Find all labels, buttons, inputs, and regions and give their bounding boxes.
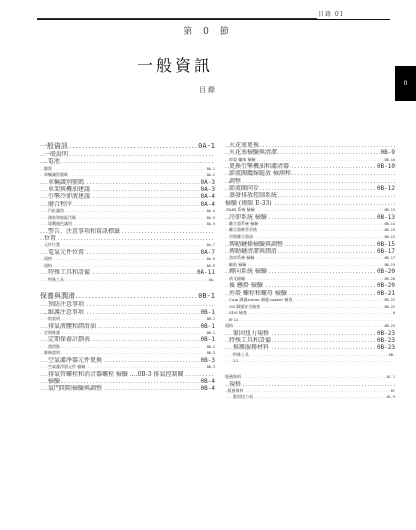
toc-entry[interactable]: ........................................…: [40, 151, 215, 158]
toc-entry[interactable]: ........................................…: [225, 297, 395, 304]
leader-dots: ........................................…: [40, 166, 215, 172]
toc-entry[interactable]: ........................................…: [225, 323, 395, 330]
toc-entry-title: ..維護注意事項: [44, 309, 85, 316]
toc-entry[interactable]: ........................................…: [225, 282, 395, 289]
toc-entry-page: 0A-9: [206, 256, 215, 262]
toc-entry-title: 冷卻系統 檢驗: [229, 214, 268, 221]
toc-entry-page: 0B-4: [200, 378, 215, 385]
toc-entry[interactable]: ........................................…: [225, 163, 395, 170]
toc-entry[interactable]: ........................................…: [225, 304, 395, 311]
toc-entry-page: 0B-21: [376, 290, 395, 297]
toc-entry-page: 0A-2: [206, 172, 215, 178]
toc-entry-title: 國家和地區代碼: [48, 215, 77, 220]
toc-entry-title: 縮寫: [44, 166, 53, 171]
toc-entry-page: 0A-4: [200, 201, 215, 208]
toc-entry[interactable]: ........................................…: [40, 193, 215, 200]
toc-entry-title: .PAIR 系統 檢驗: [225, 207, 256, 212]
toc-entry-title: 一般說明: [44, 316, 61, 321]
toc-entry-page: 0B-23: [376, 337, 395, 344]
toc-entry-title: 空氣濾淨器元件 檢驗: [48, 364, 86, 369]
toc-entry-title: 轉向系統 檢驗: [229, 268, 268, 275]
toc-entry-title: 火花塞更換: [229, 142, 260, 149]
toc-entry[interactable]: ........................................…: [40, 350, 215, 357]
toc-entry[interactable]: ........................................…: [40, 142, 215, 151]
toc-entry[interactable]: ........................................…: [40, 221, 215, 228]
leader-dots: ........................................…: [40, 256, 215, 262]
toc-entry-title: 電氣元件位置: [48, 249, 85, 256]
toc-entry[interactable]: ........................................…: [40, 172, 215, 179]
toc-entry[interactable]: ........................................…: [225, 352, 395, 359]
toc-entry-page: 0B-3: [200, 357, 215, 364]
toc-entry-title: 車架 螺絲 檢驗: [229, 157, 257, 162]
toc-entry-page: 0B-10: [383, 157, 395, 163]
toc-entry-title: Oil 調風安全檢查: [229, 304, 261, 309]
leader-dots: ........................................…: [225, 352, 395, 358]
toc-entry[interactable]: ........................................…: [40, 263, 215, 270]
toc-entry[interactable]: ........................................…: [225, 178, 395, 185]
toc-entry-page: 0B-3: [206, 350, 215, 356]
toc-entry[interactable]: ........................................…: [225, 200, 395, 207]
toc-column-right: ........................................…: [225, 142, 395, 401]
toc-entry-page: 0: [392, 310, 395, 316]
toc-entry[interactable]: ........................................…: [225, 214, 395, 221]
toc-entry-title: 檢驗: [48, 378, 61, 385]
toc-entry-title: 推薦服務材料: [233, 344, 270, 351]
toc-entry-title: 緊固扭力表: [233, 394, 254, 399]
leader-dots: ........................................…: [40, 235, 215, 242]
toc-entry-title: 車輛識別號碼: [48, 179, 85, 186]
toc-entry-title: 規格: [225, 323, 234, 328]
leader-dots: ........................................…: [225, 262, 395, 268]
toc-entry[interactable]: ........................................…: [225, 394, 395, 401]
toc-entry[interactable]: ........................................…: [40, 364, 215, 371]
toc-entry-page: 0A-: [208, 277, 215, 283]
toc-entry[interactable]: ........................................…: [40, 378, 215, 385]
leader-dots: ........................................…: [40, 330, 215, 336]
leader-dots: ........................................…: [225, 276, 395, 282]
leader-dots: ........................................…: [40, 277, 215, 283]
toc-entry-title: 車架與機油建議: [48, 186, 91, 193]
toc-entry-title: 特殊工具和設備: [229, 337, 272, 344]
toc-entry[interactable]: ........................................…: [40, 158, 215, 165]
toc-entry-title: 警告、注意事項和資訊標籤: [48, 228, 121, 235]
toc-entry[interactable]: ........................................…: [40, 235, 215, 242]
toc-entry-title: 氣門間隙檢驗與調整: [48, 385, 103, 392]
toc-entry[interactable]: ........................................…: [40, 208, 215, 215]
toc-entry-page: 0A-4: [200, 193, 215, 200]
toc-entry[interactable]: ........................................…: [40, 330, 215, 337]
toc-entry-title: 特殊工具: [233, 352, 250, 357]
toc-entry[interactable]: ........................................…: [225, 381, 395, 388]
toc-entry-page: 0C: [390, 388, 395, 394]
toc-entry-title: 規格: [44, 263, 53, 268]
toc-entry-title: 元件位置: [44, 242, 61, 247]
toc-entry-page: 0B-1: [200, 309, 215, 316]
toc-entry-page: 0B-13: [376, 214, 395, 221]
toc-entry-title: 空氣濾淨器元件更換: [48, 357, 103, 364]
toc-entry[interactable]: ........................................…: [225, 330, 395, 337]
toc-entry-page: 0B-23: [376, 344, 395, 351]
leader-dots: ........................................…: [225, 388, 395, 394]
leader-dots: ........................................…: [40, 263, 215, 269]
toc-entry-title: 節流閥纜線隨放 檢測和: [229, 170, 292, 177]
toc-entry-title: 輪胎 檢驗: [229, 262, 247, 267]
toc-entry[interactable]: ........................................…: [40, 323, 215, 330]
toc-entry-title: SDS 檢查: [229, 310, 248, 315]
toc-entry[interactable]: ........................................…: [40, 242, 215, 249]
toc-entry-page: 0A-3: [200, 179, 215, 186]
toc-entry[interactable]: ........................................…: [225, 221, 395, 228]
toc-entry[interactable]: ........................................…: [225, 388, 395, 395]
toc-entry-title: 緊固扭力規格: [233, 330, 270, 337]
toc-entry-title: 傳動鏈條檢驗與調整: [229, 241, 284, 248]
toc-entry-page: 0B-20: [383, 276, 395, 282]
leader-dots: ........................................…: [40, 316, 215, 322]
toc-entry-page: 0A-5: [206, 215, 215, 221]
toc-entry-title: B-22: [229, 317, 239, 322]
toc-entry-page: 0B-20: [376, 282, 395, 289]
toc-entry-title: 檢驗 (僅限 E-33): [225, 200, 273, 207]
toc-entry[interactable]: ........................................…: [225, 276, 395, 283]
leader-dots: ........................................…: [225, 317, 395, 323]
toc-entry-page: 0B-19: [383, 262, 395, 268]
toc-entry-page: 0C-9: [386, 394, 395, 400]
toc-entry-page: 0B-15: [376, 241, 395, 248]
toc-entry-title: 傳動鏈清潔與潤滑: [229, 248, 278, 255]
toc-heading: 目錄: [0, 85, 416, 95]
toc-entry[interactable]: ........................................…: [225, 344, 395, 351]
toc-entry-title: 服務資料: [225, 374, 242, 379]
toc-entry-title: 一般資訊: [40, 142, 69, 150]
toc-entry-title: 外殼 螺栓和螺母 檢驗: [229, 290, 288, 297]
toc-entry[interactable]: ........................................…: [40, 256, 215, 263]
toc-entry[interactable]: ........................................…: [40, 277, 215, 284]
toc-entry[interactable]: ........................................…: [225, 337, 395, 344]
toc-entry-title: 前叉檢驗: [229, 276, 246, 281]
toc-entry-page: 0B-2: [206, 344, 215, 350]
toc-entry[interactable]: ........................................…: [225, 262, 395, 269]
toc-entry[interactable]: ........................................…: [40, 301, 215, 308]
toc-entry-page: 0B-1: [206, 330, 215, 336]
toc-entry[interactable]: ........................................…: [225, 374, 395, 381]
toc-entry-title: 潤滑點: [48, 344, 61, 349]
section-tab-label: 0: [404, 80, 408, 87]
toc-entry-page: 0A-7: [200, 249, 215, 256]
toc-entry-title: 火花塞檢驗與清潔: [229, 149, 278, 156]
toc-entry[interactable]: ........................................…: [225, 185, 395, 192]
toc-entry-page: 0B-17: [383, 255, 395, 261]
toc-entry[interactable]: ........................................…: [225, 310, 395, 317]
toc-entry-title: 特殊工具和設備: [48, 269, 91, 276]
toc-entry[interactable]: ........................................…: [225, 255, 395, 262]
toc-entry-page: 0B-22: [383, 297, 395, 303]
toc-entry[interactable]: ........................................…: [225, 207, 395, 214]
toc-entry-title: ..電池: [44, 158, 61, 165]
leader-dots: ........................................…: [225, 323, 395, 329]
toc-entry-page: 0B-13: [383, 207, 395, 213]
toc-entry-title: 規格: [229, 381, 242, 388]
toc-entry[interactable]: ........................................…: [40, 385, 215, 392]
toc-entry-title: 車輛識別號碼: [44, 172, 69, 177]
toc-entry-title: 磨合程序: [48, 201, 73, 208]
toc-entry[interactable]: ........................................…: [225, 268, 395, 275]
toc-entry-page: 0B-20: [376, 268, 395, 275]
toc-entry-title: 離合器軟管更換: [229, 227, 258, 232]
toc-entry-title: 煞車系統 檢驗: [229, 255, 255, 260]
toc-entry-page: 0A-9: [206, 263, 215, 269]
leader-dots: ........................................…: [225, 178, 395, 185]
toc-entry-title: 排氣液體和潤滑油: [48, 323, 97, 330]
toc-entry-title: 維修說明: [44, 350, 61, 355]
running-header: 目錄 01: [318, 9, 345, 18]
toc-entry-title: 離合器系統 檢驗: [229, 221, 259, 226]
toc-entry-page: 0A-11: [196, 269, 215, 276]
toc-entry-page: 0B-17: [376, 248, 395, 255]
toc-entry-page: 0B-23: [383, 323, 395, 329]
toc-entry[interactable]: ........................................…: [40, 215, 215, 222]
toc-entry[interactable]: ........................................…: [40, 292, 215, 301]
toc-entry-page: 0B-3: [206, 364, 215, 370]
leader-dots: ........................................…: [40, 158, 215, 165]
toc-entry-page: 0B-15: [383, 234, 395, 240]
toc-entry-title: 汽缸識別: [48, 208, 65, 213]
toc-entry[interactable]: ........................................…: [225, 358, 395, 365]
leader-dots: ........................................…: [40, 350, 215, 356]
toc-entry[interactable]: ........................................…: [40, 309, 215, 316]
toc-entry[interactable]: ........................................…: [225, 234, 395, 241]
toc-entry-title: 節流閥同步: [229, 185, 260, 192]
toc-entry-page: 0B-10: [376, 163, 395, 170]
toc-entry-title: 引擎冷卻液建議: [48, 193, 91, 200]
header-rule: [37, 19, 390, 20]
section-thumb-tab: 0: [395, 66, 416, 101]
toc-entry[interactable]: ........................................…: [225, 290, 395, 297]
leader-dots: ........................................…: [40, 242, 215, 248]
toc-entry-page: 0B-14: [383, 221, 395, 227]
toc-entry-page: 0A-3: [200, 186, 215, 193]
toc-entry[interactable]: ........................................…: [40, 344, 215, 351]
leader-dots: ........................................…: [225, 358, 395, 364]
toc-entry[interactable]: ........................................…: [40, 166, 215, 173]
toc-entry-title: 調整: [229, 178, 242, 185]
toc-entry-title: 定期維護: [44, 330, 61, 335]
toc-entry[interactable]: ........................................…: [40, 371, 215, 378]
toc-entry[interactable]: ........................................…: [40, 228, 215, 235]
toc-entry-title: 預防注意事項: [48, 301, 85, 308]
toc-entry[interactable]: ........................................…: [225, 192, 395, 199]
toc-entry-page: 0A-4: [206, 208, 215, 214]
toc-entry-title: 更換離合器油: [229, 234, 254, 239]
toc-entry[interactable]: ........................................…: [225, 227, 395, 234]
toc-entry-page: 0B-1: [197, 292, 215, 301]
toc-entry[interactable]: ........................................…: [225, 170, 395, 177]
toc-entry-page: 0B-1: [200, 336, 215, 343]
toc-entry-title: 蒸發排放控制系統: [229, 192, 278, 199]
leader-dots: ........................................…: [40, 344, 215, 350]
leader-dots: ........................................…: [40, 378, 215, 385]
toc-entry-title: 電纜顏色識別: [48, 221, 73, 226]
toc-entry-title: 後 懸掛 檢驗: [229, 282, 264, 289]
toc-entry[interactable]: ........................................…: [40, 357, 215, 364]
toc-entry-page: 0B-12: [376, 185, 395, 192]
toc-entry-title: 一般說明: [44, 151, 69, 158]
leader-dots: ........................................…: [225, 381, 395, 388]
toc-entry-page: 0A-1: [197, 142, 215, 151]
toc-entry-page: 0A-7: [206, 242, 215, 248]
toc-entry-title: 保養與潤滑: [40, 292, 76, 300]
page-title: 一般資訊: [137, 53, 213, 76]
toc-entry-page: 0B-23: [376, 330, 395, 337]
toc-entry-title: 規格: [44, 256, 53, 261]
toc-entry-page: 0B-1: [206, 316, 215, 322]
toc-entry-title: 更換引擎機油和濾清器: [229, 163, 290, 170]
toc-entry-page: 0B-15: [383, 227, 395, 233]
section-number: 第 0 節: [0, 24, 416, 37]
toc-entry-page: 0B-1: [200, 323, 215, 330]
toc-entry[interactable]: ........................................…: [225, 317, 395, 324]
toc-entry-page: 0A-5: [206, 221, 215, 227]
toc-entry[interactable]: ........................................…: [225, 241, 395, 248]
leader-dots: ........................................…: [40, 208, 215, 214]
toc-entry[interactable]: ........................................…: [225, 149, 395, 156]
toc-entry[interactable]: ........................................…: [40, 316, 215, 323]
toc-entry[interactable]: ........................................…: [40, 201, 215, 208]
toc-entry-title: Cam 調風ration 調風 maker 檢查: [229, 297, 293, 302]
toc-entry-page: 0B-4: [200, 385, 215, 392]
toc-entry[interactable]: ........................................…: [225, 142, 395, 149]
toc-column-left: ........................................…: [40, 142, 215, 393]
toc-entry[interactable]: ........................................…: [40, 336, 215, 343]
toc-entry-page: 0A-1: [206, 166, 215, 172]
toc-entry-title: 位置: [44, 235, 57, 242]
leader-dots: ........................................…: [225, 310, 395, 316]
toc-entry[interactable]: ........................................…: [40, 269, 215, 276]
toc-entry-title: ..服務資料: [225, 388, 245, 393]
toc-entry-page: 0B-: [388, 352, 395, 358]
toc-entry[interactable]: ........................................…: [225, 157, 395, 164]
toc-entry[interactable]: ........................................…: [40, 186, 215, 193]
toc-entry-page: 0B-9: [380, 149, 395, 156]
toc-entry-title: 定期保養計劃表: [48, 336, 91, 343]
leader-dots: ........................................…: [225, 374, 395, 380]
toc-entry-page: 0C-1: [386, 374, 395, 380]
toc-entry[interactable]: ........................................…: [40, 179, 215, 186]
toc-entry[interactable]: ........................................…: [40, 249, 215, 256]
toc-entry-page: 0B-22: [383, 304, 395, 310]
toc-entry-title: 排氣管螺栓和消音器螺栓 檢驗 ....0B-3 排氣控制閥: [48, 371, 185, 378]
toc-entry[interactable]: ........................................…: [225, 248, 395, 255]
toc-entry-title: 特殊工具: [48, 277, 65, 282]
toc-entry-title: 23: [233, 358, 239, 363]
